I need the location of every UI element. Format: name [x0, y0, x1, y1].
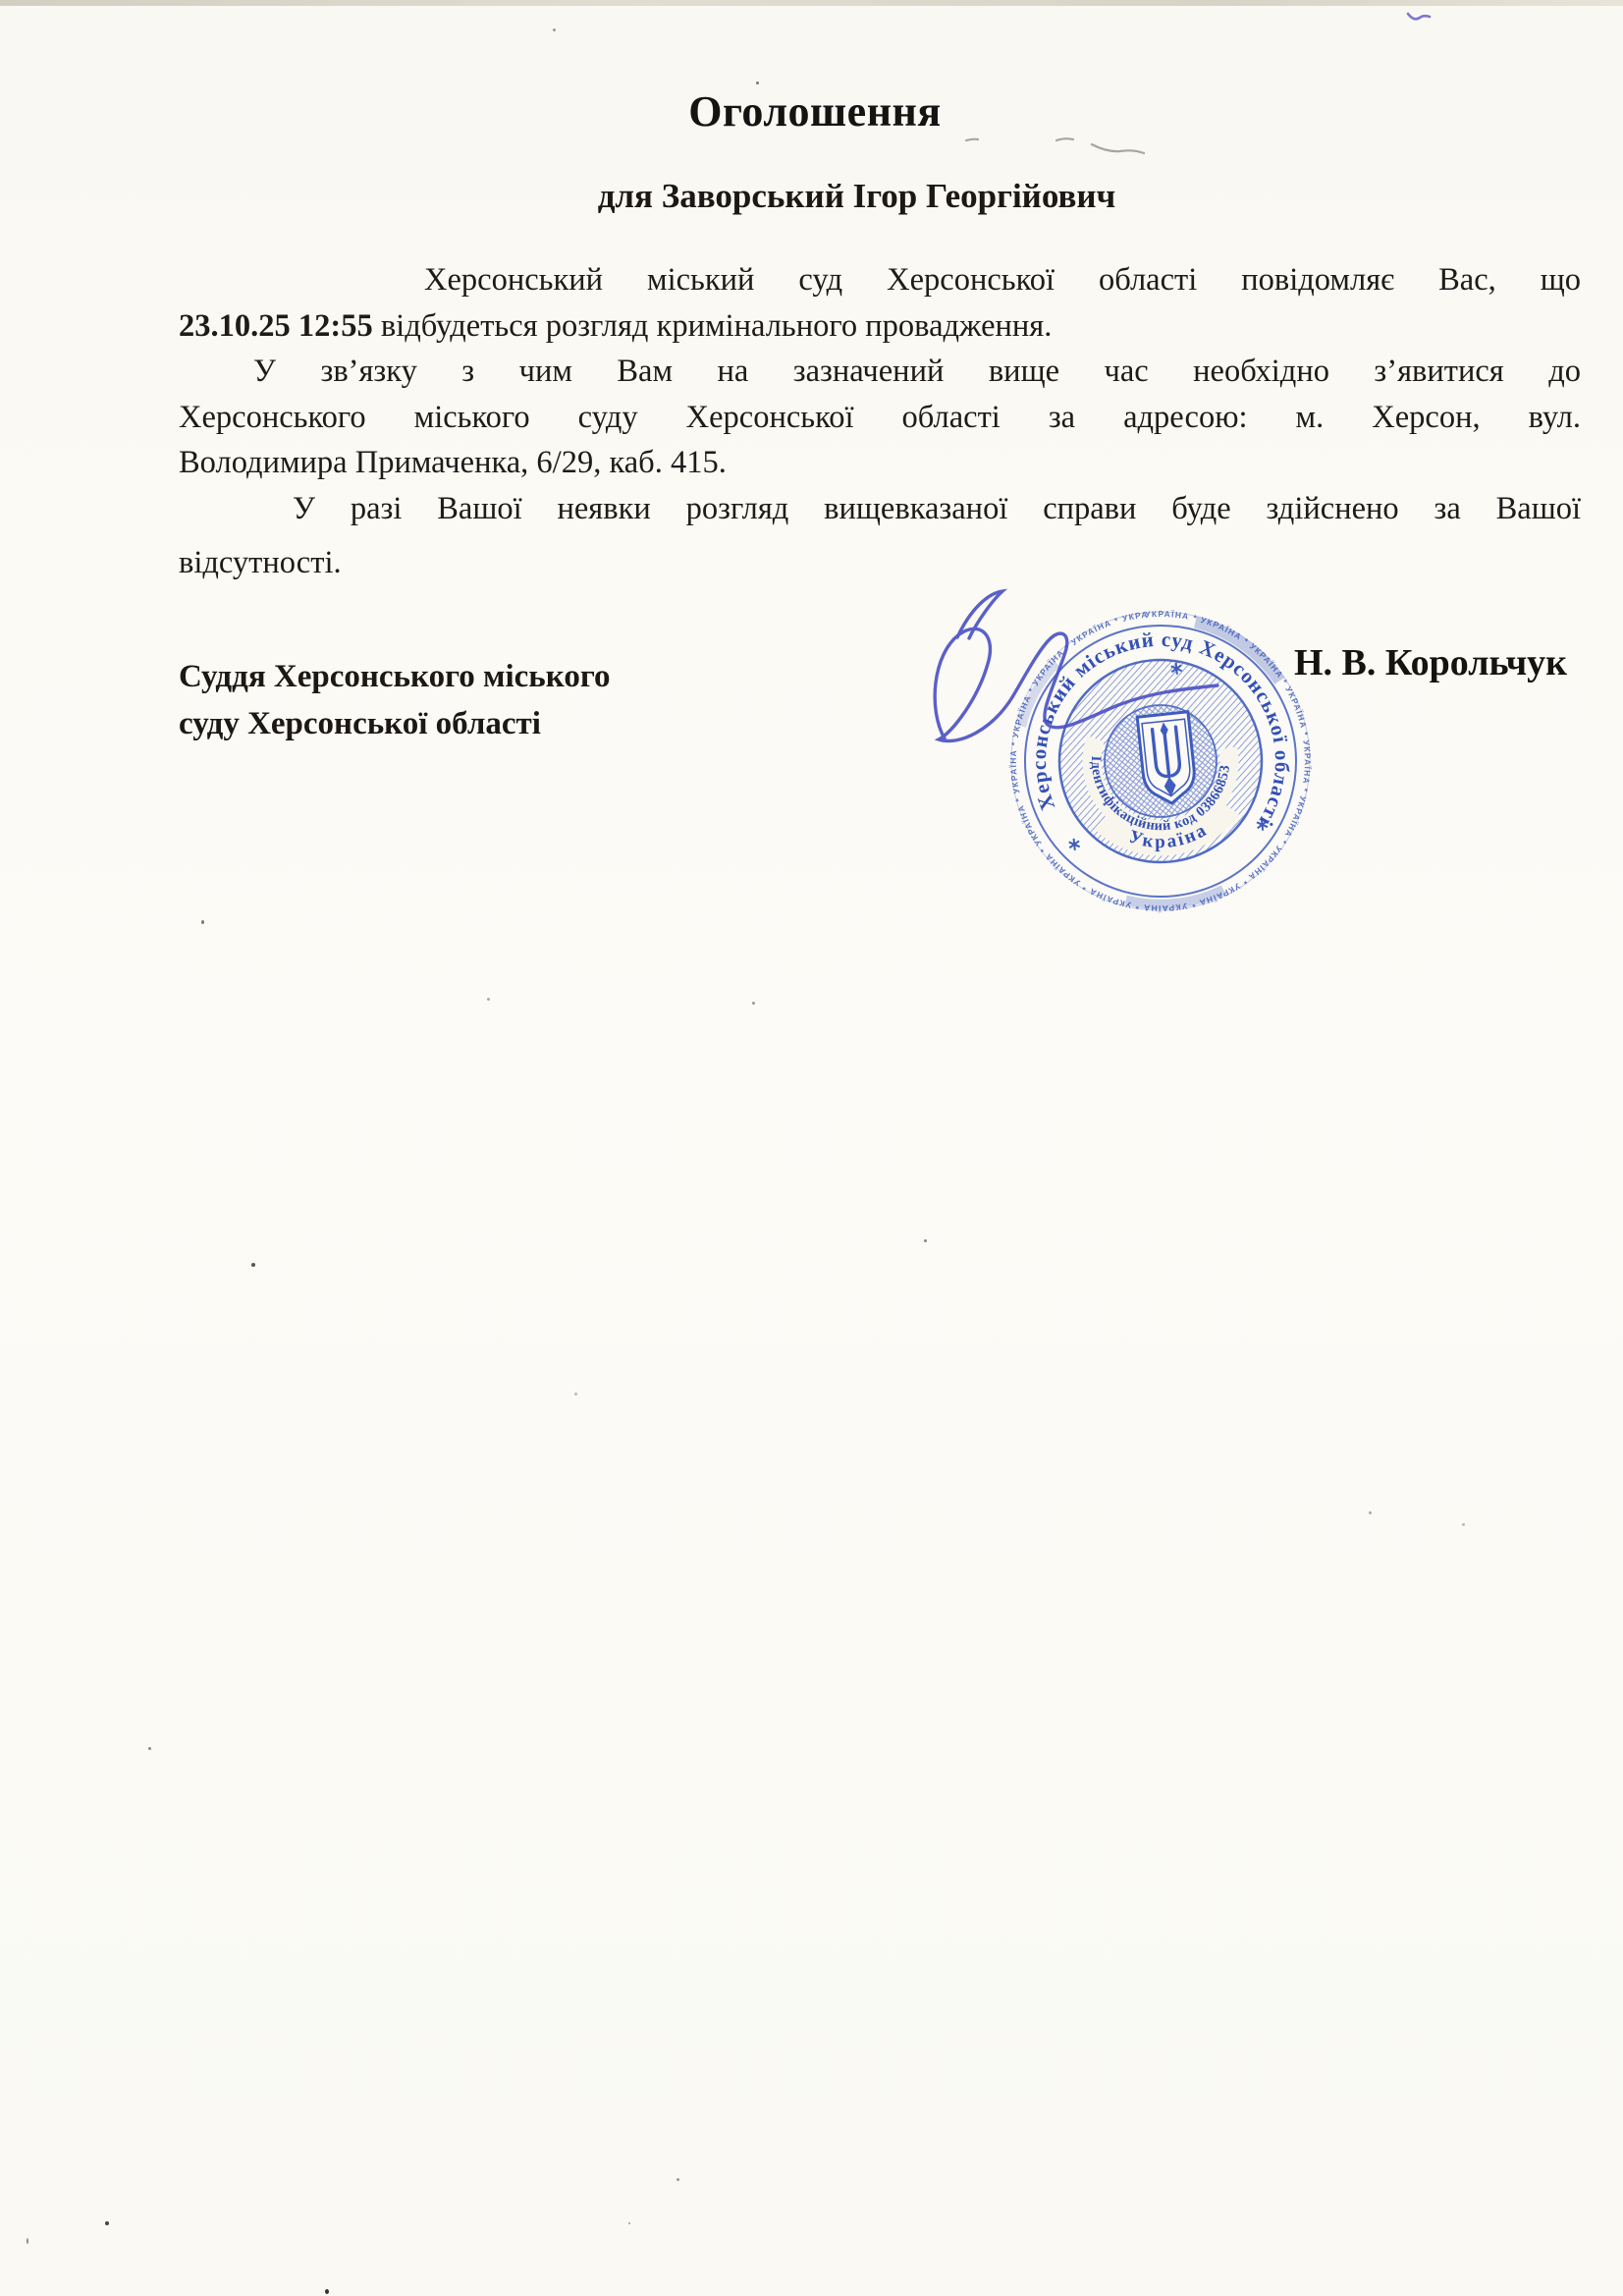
scan-speck	[1462, 1523, 1465, 1526]
scan-speck	[148, 1747, 151, 1750]
paragraph2-line1: У зв’язку з чим Вам на зазначений вище ч…	[179, 349, 1581, 395]
scan-speck	[1369, 1511, 1372, 1514]
paragraph2-line2: Херсонського міського суду Херсонської о…	[179, 395, 1581, 441]
scan-speck	[251, 1263, 255, 1267]
scan-speck	[756, 82, 759, 84]
hearing-datetime: 23.10.25 12:55	[179, 308, 373, 344]
scan-speck	[676, 2178, 679, 2181]
ink-tick-mark	[1408, 14, 1430, 19]
scan-speck	[325, 2289, 329, 2294]
scan-speck	[27, 2238, 28, 2244]
judge-role: Суддя Херсонського міського суду Херсонс…	[179, 653, 611, 747]
paragraph2-line3: Володимира Примаченка, 6/29, каб. 415.	[179, 440, 1581, 486]
judge-role-line2: суду Херсонської області	[179, 700, 611, 747]
scan-speck	[201, 920, 204, 924]
scan-speck	[924, 1239, 927, 1242]
scan-speck	[752, 1002, 755, 1005]
document-title: Оголошення	[0, 86, 1623, 137]
scan-speck	[105, 2221, 109, 2225]
scan-speck	[628, 2222, 630, 2224]
scan-speck	[487, 998, 490, 1001]
paragraph3-line1: У разі Вашої неявки розгляд вищевказаної…	[179, 486, 1581, 532]
judge-role-line1: Суддя Херсонського міського	[179, 653, 611, 700]
judge-name: Н. В. Корольчук	[1294, 641, 1567, 684]
paragraph1-line1: Херсонський міський суд Херсонської обла…	[179, 257, 1581, 303]
pen-squiggle-mark	[966, 138, 1144, 153]
scanner-edge-strip	[0, 0, 1623, 6]
scan-speck	[553, 28, 556, 31]
court-seal-stamp: Херсонський міський суд Херсонської обла…	[977, 577, 1344, 945]
scan-speck	[574, 1393, 577, 1395]
document-body: Херсонський міський суд Херсонської обла…	[179, 257, 1581, 586]
addressee-line: для Заворський Ігор Георгійович	[45, 177, 1623, 216]
paragraph1-line2: 23.10.25 12:55 відбудеться розгляд кримі…	[179, 303, 1581, 350]
paragraph3-line2: відсутності.	[179, 540, 1581, 586]
scanned-document-page: Оголошення для Заворський Ігор Георгійов…	[0, 0, 1623, 2296]
